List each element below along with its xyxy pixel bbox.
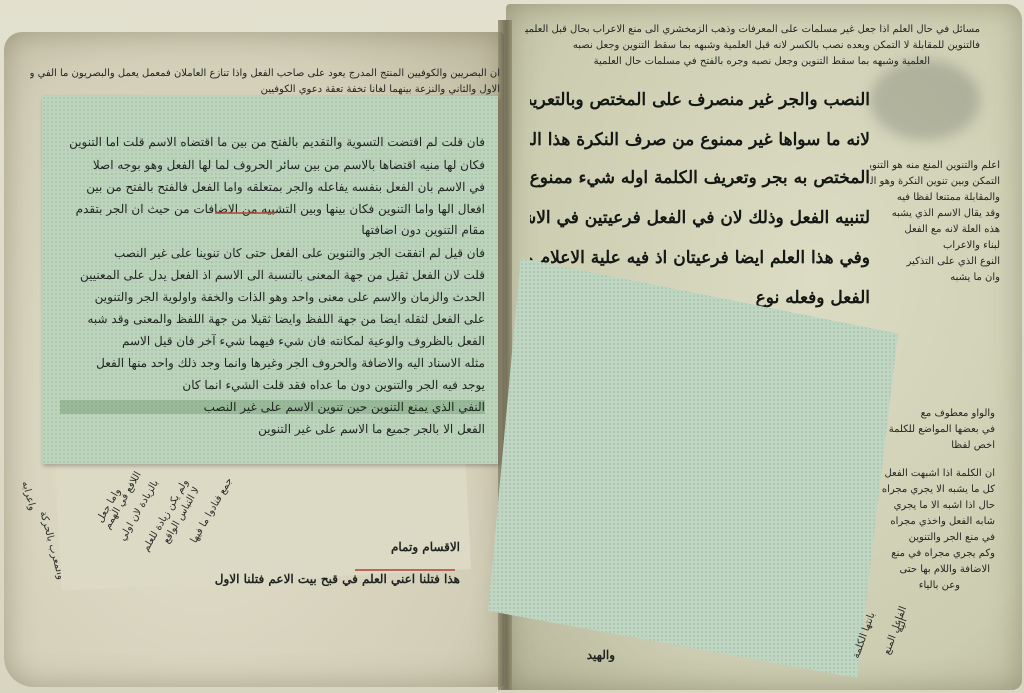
right-header-line-2: فالتنوين للمقابلة لا التمكن وبعده نصب با… (525, 40, 980, 51)
side-line-6: لبناء والاعراب (870, 240, 1000, 251)
slip-line-10: الفعل بالظروف والوعية لمكانته فان شيء في… (60, 334, 485, 348)
left-bottom-line-1: الاقسام وتمام (300, 540, 460, 554)
side-line-9: والواو معطوف مع (885, 408, 995, 419)
slip-line-7: قلت لان الفعل ثقيل من جهة المعنى بالنسبة… (60, 268, 485, 282)
left-header-line-2: الاول والثاني والنزعة بينهما لغانا تخفة … (120, 84, 500, 95)
slip-line-2: فكان لها منيه اقتضاها بالاسم من بين سائر… (60, 158, 485, 172)
right-header-line-1: مسائل في حال العلم اذا جعل غير مسلمات عل… (525, 24, 980, 35)
left-bottom-line-2: هذا فتلنا اعني العلم في قبح بيت الاعم فت… (200, 572, 460, 586)
slip-line-12: يوجد فيه الجر والتنوين دون ما عداه فقد ق… (60, 378, 485, 392)
main-line-2: لانه ما سواها غير ممنوع من صرف النكرة هذ… (530, 130, 870, 150)
side-line-14: حال اذا اشبه الا ما يجري (870, 500, 995, 511)
side-line-10: في بعضها المواضع للكلمة (885, 424, 995, 435)
left-header-line-1: ان البصريين والكوفيين المنتج المدرج يعود… (30, 68, 500, 79)
slip-line-3: في الاسم بان الفعل بنفسه يفاعله والجر بم… (60, 180, 485, 194)
side-line-12: ان الكلمة اذا اشبهت الفعل (875, 468, 995, 479)
side-line-1: اعلم والتنوين المنع منه هو التنوين (870, 160, 1000, 171)
slip-line-9: على الفعل لثقله ايضا من جهة اللفظ وايضا … (60, 312, 485, 326)
side-line-2: التمكن وبين تنوين النكرة وهو التنوين (870, 176, 1000, 187)
side-line-17: وكم يجري مجراه في منع (855, 548, 995, 559)
slip-line-1: فان قلت لم اقتضت التسوية والتقديم بالفتح… (60, 135, 485, 149)
right-header-line-3: العلمية وشبهه بما سقط التنوين وجعل نصبه … (530, 56, 930, 67)
slip-line-8: الحدث والزمان والاسم على معنى واحد وهو ا… (60, 290, 485, 304)
side-line-7: النوع الذي على التذكير (870, 256, 1000, 267)
side-line-16: في منع الجر والتنوين (860, 532, 995, 543)
main-line-5: وفي هذا العلم ايضا فرعيتان اذ فيه علية ا… (530, 248, 870, 268)
right-bottom-word: والهيد (555, 648, 615, 662)
main-line-3: المختص به بجر وتعريف الكلمة اوله شيء ممن… (530, 168, 870, 188)
slip-line-14: الفعل الا بالجر جميع ما الاسم على غير ال… (60, 422, 485, 436)
slip-line-6: فان قيل لم اتفقت الجر والتنوين على الفعل… (60, 246, 485, 260)
side-line-11: اخص لفظا (885, 440, 995, 451)
ink-smudge (870, 60, 980, 140)
side-line-4: وقد يقال الاسم الذي يشبه (870, 208, 1000, 219)
main-line-4: لتنبيه الفعل وذلك لان في الفعل فرعيتين ف… (530, 208, 870, 228)
side-line-3: والمقابلة ممتنعا لفظا فيه (870, 192, 1000, 203)
main-line-1: النصب والجر غير منصرف على المختص وبالتعر… (530, 90, 870, 110)
side-line-5: هذه العلة لانه مع الفعل (870, 224, 1000, 235)
slip-line-5: مقام التنوين دون اضافتها (250, 223, 485, 237)
rubric-mark (215, 212, 275, 214)
rubric-overline (355, 569, 455, 571)
slip-line-11: مثله الاسناد اليه والاضافة والحروف الجر … (60, 356, 485, 370)
side-line-8: وان ما يشبه (870, 272, 1000, 283)
side-line-15: شابه الفعل واخذي مجراه (865, 516, 995, 527)
side-line-13: كل ما يشبه الا يجري مجراه في كل (875, 484, 995, 495)
slip-line-13-highlighted: النفي الذي يمنع التنوين حين تنوين الاسم … (60, 400, 485, 414)
